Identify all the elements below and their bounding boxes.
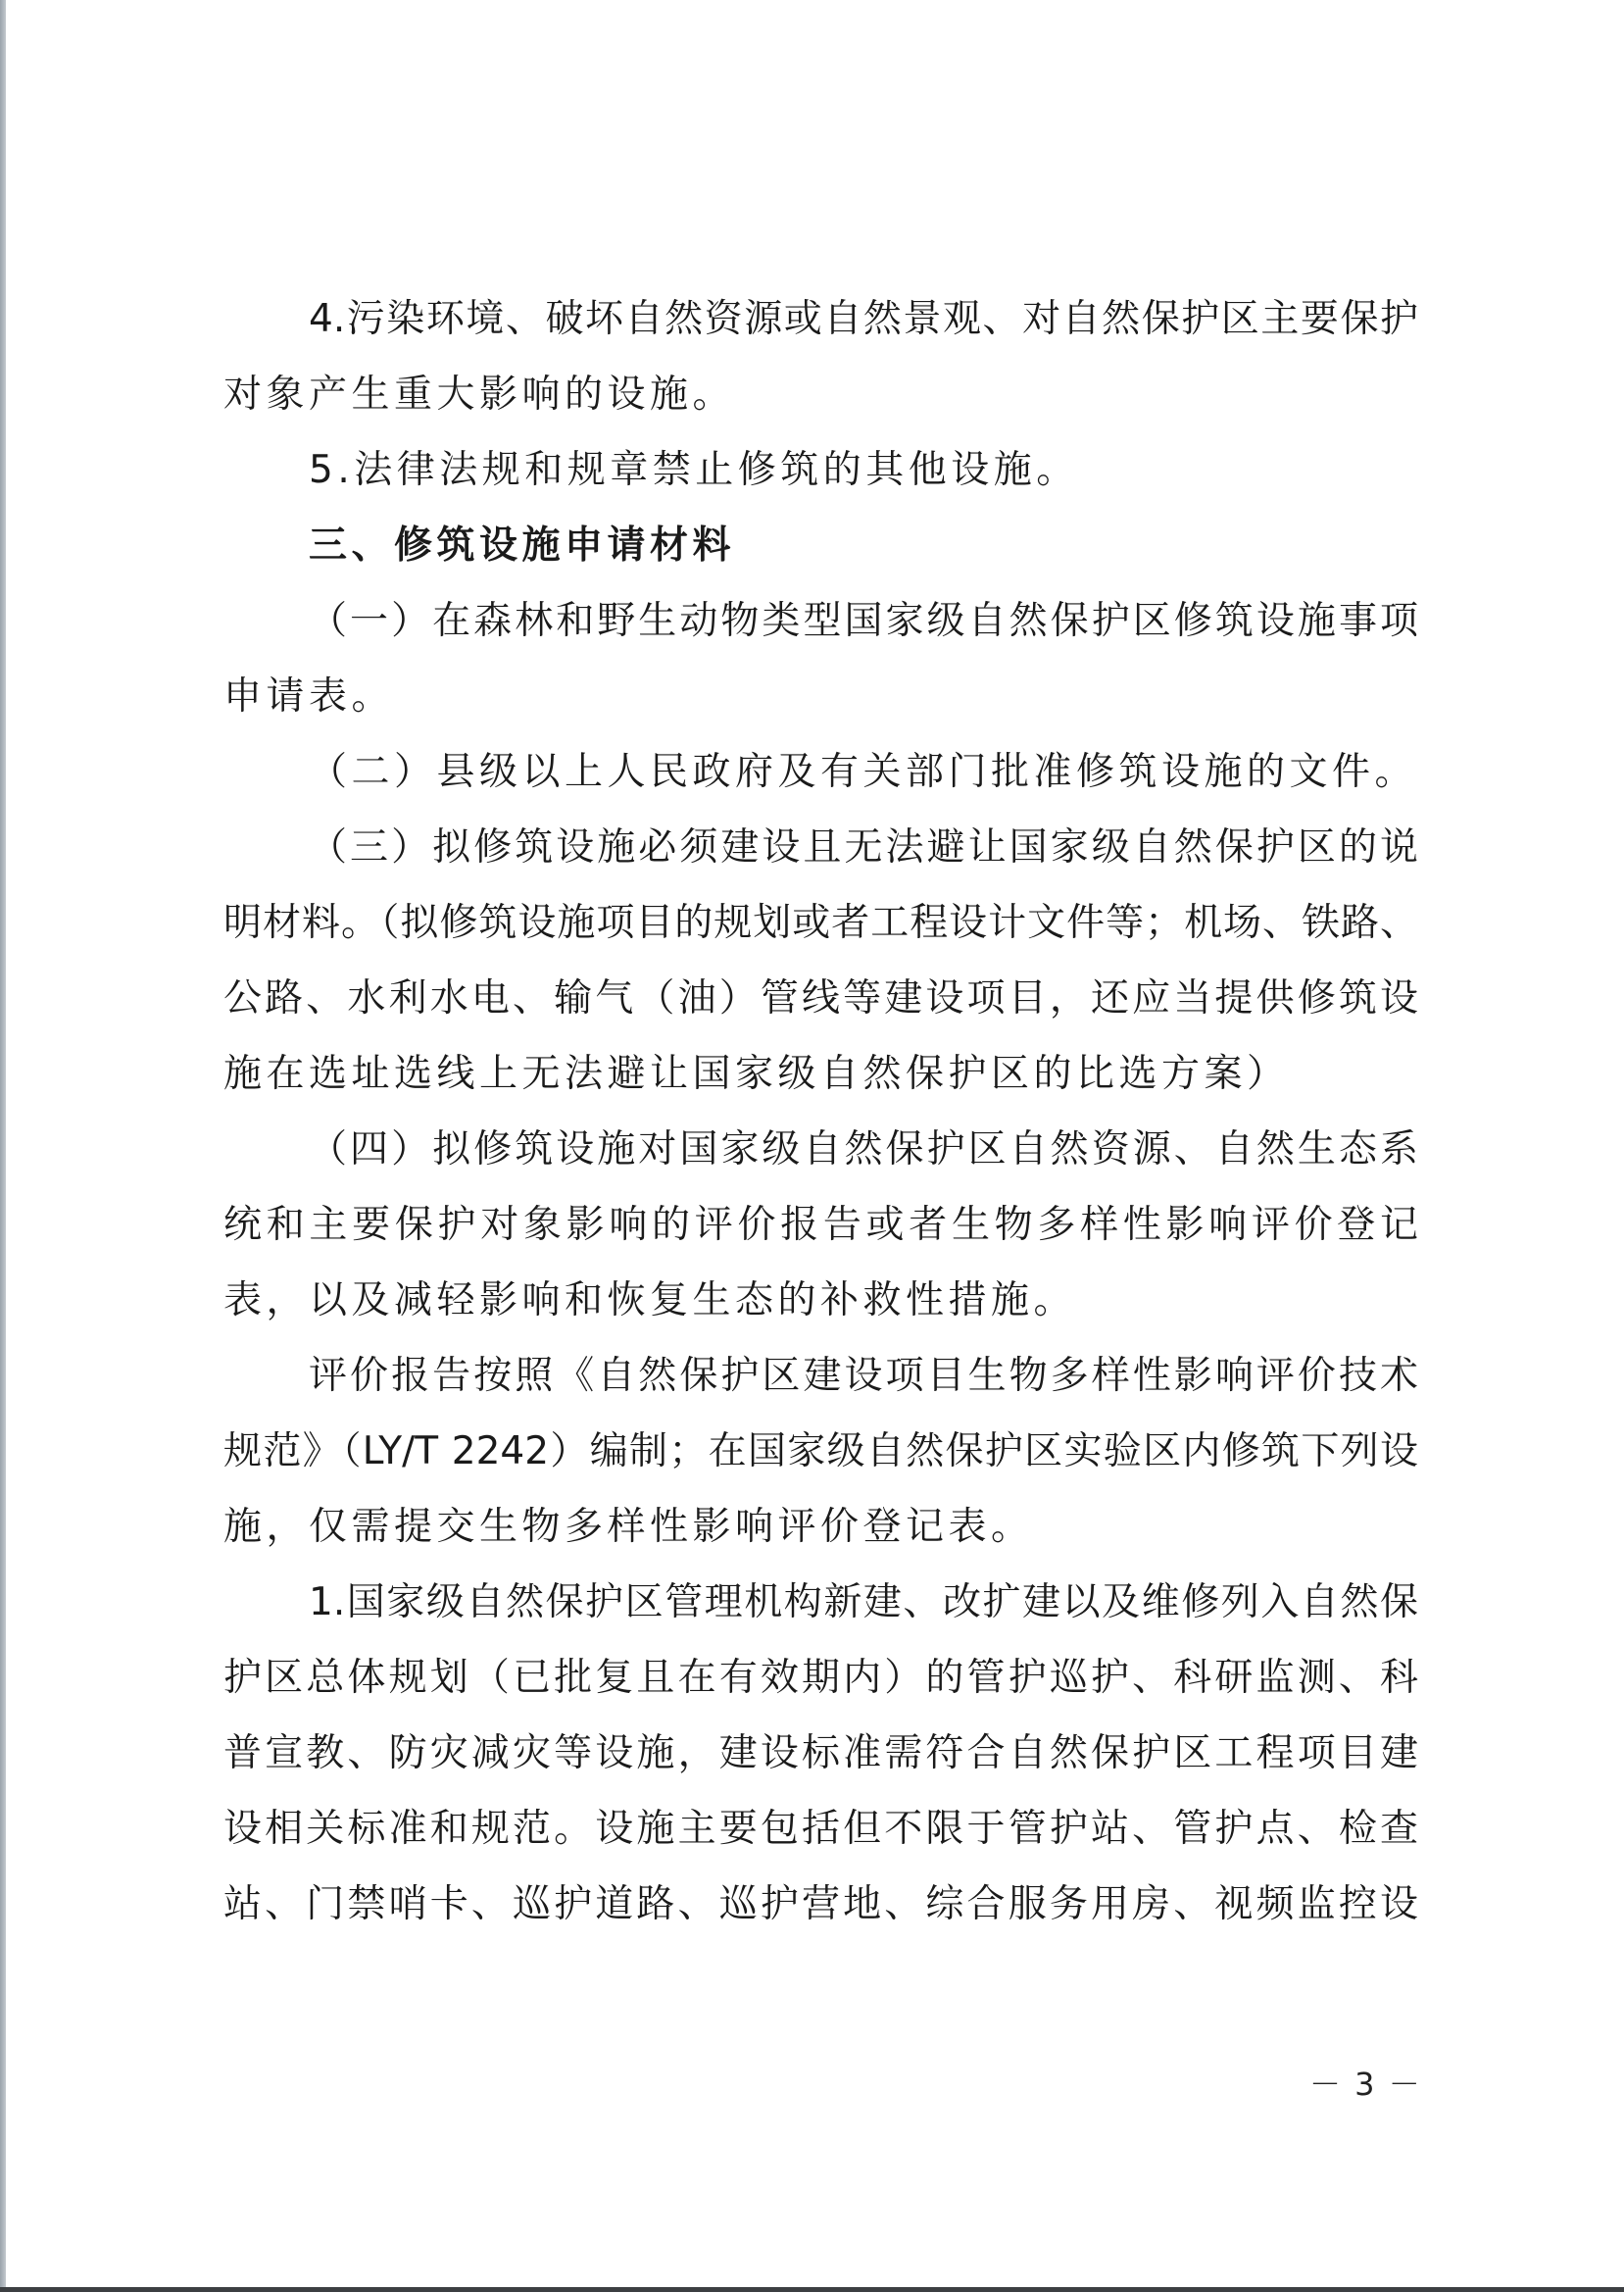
paragraph-line: 表，以及减轻影响和恢复生态的补救性措施。 [223, 1263, 1418, 1338]
paragraph-line: 站、门禁哨卡、巡护道路、巡护营地、综合服务用房、视频监控设 [223, 1867, 1418, 1942]
paragraph-line: 评价报告按照《自然保护区建设项目生物多样性影响评价技术 [223, 1338, 1418, 1414]
scan-edge-left [0, 0, 6, 2292]
paragraph-line: 规范》（LY/T 2242）编制；在国家级自然保护区实验区内修筑下列设 [223, 1414, 1418, 1489]
document-body: 4.污染环境、破坏自然资源或自然景观、对自然保护区主要保护对象产生重大影响的设施… [223, 281, 1418, 1942]
page-number: － 3 － [1309, 2063, 1417, 2106]
paragraph-line: 普宣教、防灾减灾等设施，建设标准需符合自然保护区工程项目建 [223, 1716, 1418, 1791]
paragraph-line: （三）拟修筑设施必须建设且无法避让国家级自然保护区的说 [223, 810, 1418, 885]
scan-edge-bottom [0, 2287, 1624, 2292]
paragraph-line: 1.国家级自然保护区管理机构新建、改扩建以及维修列入自然保 [223, 1565, 1418, 1640]
paragraph-line: 4.污染环境、破坏自然资源或自然景观、对自然保护区主要保护 [223, 281, 1418, 357]
paragraph-line: 护区总体规划（已批复且在有效期内）的管护巡护、科研监测、科 [223, 1640, 1418, 1716]
paragraph-line: （二）县级以上人民政府及有关部门批准修筑设施的文件。 [223, 734, 1418, 810]
paragraph-line: 施在选址选线上无法避让国家级自然保护区的比选方案） [223, 1036, 1418, 1112]
paragraph-line: 公路、水利水电、输气（油）管线等建设项目，还应当提供修筑设 [223, 961, 1418, 1036]
paragraph-line: 5.法律法规和规章禁止修筑的其他设施。 [223, 432, 1418, 508]
section-heading: 三、修筑设施申请材料 [223, 508, 1418, 583]
paragraph-line: 设相关标准和规范。设施主要包括但不限于管护站、管护点、检查 [223, 1791, 1418, 1867]
paragraph-line: （四）拟修筑设施对国家级自然保护区自然资源、自然生态系 [223, 1112, 1418, 1187]
paragraph-line: 明材料。（拟修筑设施项目的规划或者工程设计文件等；机场、铁路、 [223, 885, 1418, 961]
paragraph-line: 申请表。 [223, 659, 1418, 734]
paragraph-line: 对象产生重大影响的设施。 [223, 357, 1418, 432]
paragraph-line: 统和主要保护对象影响的评价报告或者生物多样性影响评价登记 [223, 1187, 1418, 1263]
paragraph-line: 施，仅需提交生物多样性影响评价登记表。 [223, 1489, 1418, 1565]
paragraph-line: （一）在森林和野生动物类型国家级自然保护区修筑设施事项 [223, 583, 1418, 659]
